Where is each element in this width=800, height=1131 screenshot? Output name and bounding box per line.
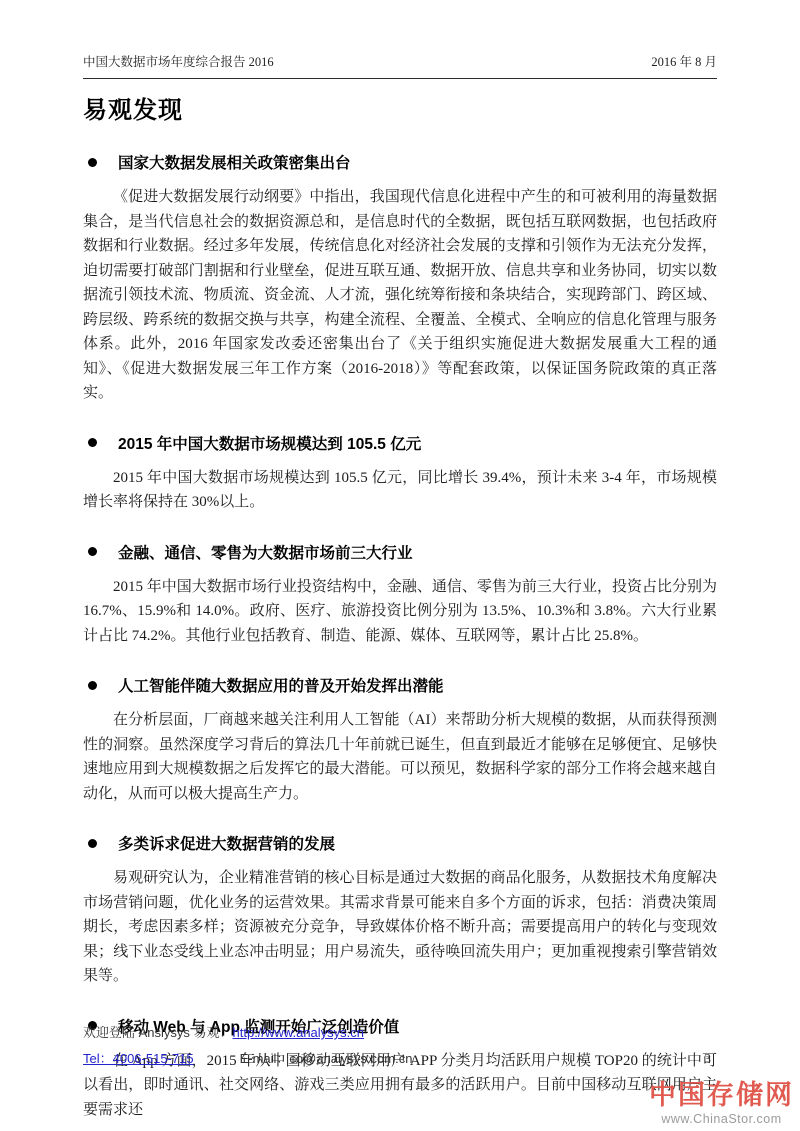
section-marketing: 多类诉求促进大数据营销的发展 易观研究认为，企业精准营销的核心目标是通过大数据的… <box>83 832 717 989</box>
footer-contact-line: Tel：4006-515-715 E-mail：co@analysys.com.… <box>83 1048 717 1068</box>
section-heading: 2015 年中国大数据市场规模达到 105.5 亿元 <box>83 432 717 454</box>
footer-email: E-mail：co@analysys.com.cn <box>240 1048 413 1067</box>
section-heading-label: 人工智能伴随大数据应用的普及开始发挥出潜能 <box>118 674 444 696</box>
section-paragraph: 2015 年中国大数据市场行业投资结构中，金融、通信、零售为前三大行业，投资占比… <box>83 575 717 649</box>
section-heading-label: 金融、通信、零售为大数据市场前三大行业 <box>118 541 413 563</box>
section-ai: 人工智能伴随大数据应用的普及开始发挥出潜能 在分析层面，厂商越来越关注利用人工智… <box>83 674 717 806</box>
section-paragraph: 《促进大数据发展行动纲要》中指出，我国现代信息化进程中产生的和可被利用的海量数据… <box>83 185 717 406</box>
section-market-size: 2015 年中国大数据市场规模达到 105.5 亿元 2015 年中国大数据市场… <box>83 432 717 515</box>
footer-welcome-line: 欢迎登陆 Anslysys 易观：http://www.analysys.cn <box>83 1022 717 1041</box>
chinastor-logo: 中国存储网 <box>649 1081 794 1111</box>
footer-welcome-text: 欢迎登陆 Anslysys 易观： <box>83 1025 233 1040</box>
section-heading-label: 多类诉求促进大数据营销的发展 <box>118 832 335 854</box>
section-paragraph: 2015 年中国大数据市场规模达到 105.5 亿元，同比增长 39.4%，预计… <box>83 466 717 515</box>
page-footer: 欢迎登陆 Anslysys 易观：http://www.analysys.cn … <box>83 1022 717 1068</box>
section-top-industries: 金融、通信、零售为大数据市场前三大行业 2015 年中国大数据市场行业投资结构中… <box>83 541 717 649</box>
watermark-url: www.ChinaStor.com <box>649 1112 794 1126</box>
section-heading: 多类诉求促进大数据营销的发展 <box>83 832 717 854</box>
bullet-icon <box>88 438 97 447</box>
page-content: 中国大数据市场年度综合报告 2016 2016 年 8 月 易观发现 国家大数据… <box>83 52 717 1122</box>
header-report-title: 中国大数据市场年度综合报告 2016 <box>83 52 274 70</box>
bullet-icon <box>88 839 97 848</box>
section-paragraph: 在分析层面，厂商越来越关注利用人工智能（AI）来帮助分析大规模的数据，从而获得预… <box>83 708 717 806</box>
watermark: 中国存储网 www.ChinaStor.com <box>649 1081 794 1126</box>
website-link[interactable]: http://www.analysys.cn <box>233 1025 365 1040</box>
bullet-icon <box>88 547 97 556</box>
page-number: 3 <box>704 1052 711 1068</box>
report-page: 中国大数据市场年度综合报告 2016 2016 年 8 月 易观发现 国家大数据… <box>0 0 800 1131</box>
tel-link[interactable]: Tel：4006-515-715 <box>83 1048 194 1067</box>
page-title: 易观发现 <box>83 90 717 125</box>
section-heading: 国家大数据发展相关政策密集出台 <box>83 151 717 173</box>
header-date: 2016 年 8 月 <box>651 52 717 70</box>
section-heading: 人工智能伴随大数据应用的普及开始发挥出潜能 <box>83 674 717 696</box>
section-policy: 国家大数据发展相关政策密集出台 《促进大数据发展行动纲要》中指出，我国现代信息化… <box>83 151 717 406</box>
bullet-icon <box>88 681 97 690</box>
section-heading-label: 国家大数据发展相关政策密集出台 <box>118 151 351 173</box>
section-heading: 金融、通信、零售为大数据市场前三大行业 <box>83 541 717 563</box>
bullet-icon <box>88 158 97 167</box>
section-heading-label: 2015 年中国大数据市场规模达到 105.5 亿元 <box>118 432 421 454</box>
page-header: 中国大数据市场年度综合报告 2016 2016 年 8 月 <box>83 52 717 79</box>
section-paragraph: 易观研究认为，企业精准营销的核心目标是通过大数据的商品化服务，从数据技术角度解决… <box>83 866 717 989</box>
